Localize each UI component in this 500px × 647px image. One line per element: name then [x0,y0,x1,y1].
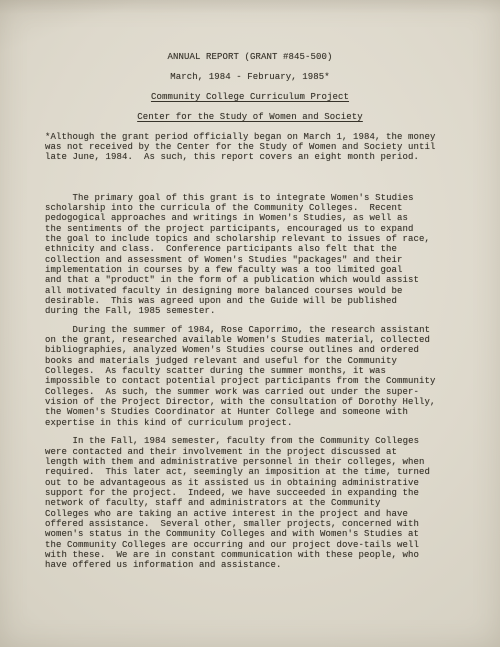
center-name: Center for the Study of Women and Societ… [0,112,500,122]
document-page: ANNUAL REPORT (GRANT #845-500) March, 19… [0,0,500,647]
project-title: Community College Curriculum Project [0,92,500,102]
grant-period-footnote: *Although the grant period officially be… [45,132,462,163]
document-header: ANNUAL REPORT (GRANT #845-500) March, 19… [0,52,500,122]
paragraph-summer-1984: During the summer of 1984, Rose Caporrim… [45,325,462,428]
paragraph-fall-1984: In the Fall, 1984 semester, faculty from… [45,436,462,570]
report-title: ANNUAL REPORT (GRANT #845-500) [0,52,500,62]
report-body: The primary goal of this grant is to int… [45,193,462,571]
report-period: March, 1984 - February, 1985* [0,72,500,82]
paragraph-goal: The primary goal of this grant is to int… [45,193,462,317]
